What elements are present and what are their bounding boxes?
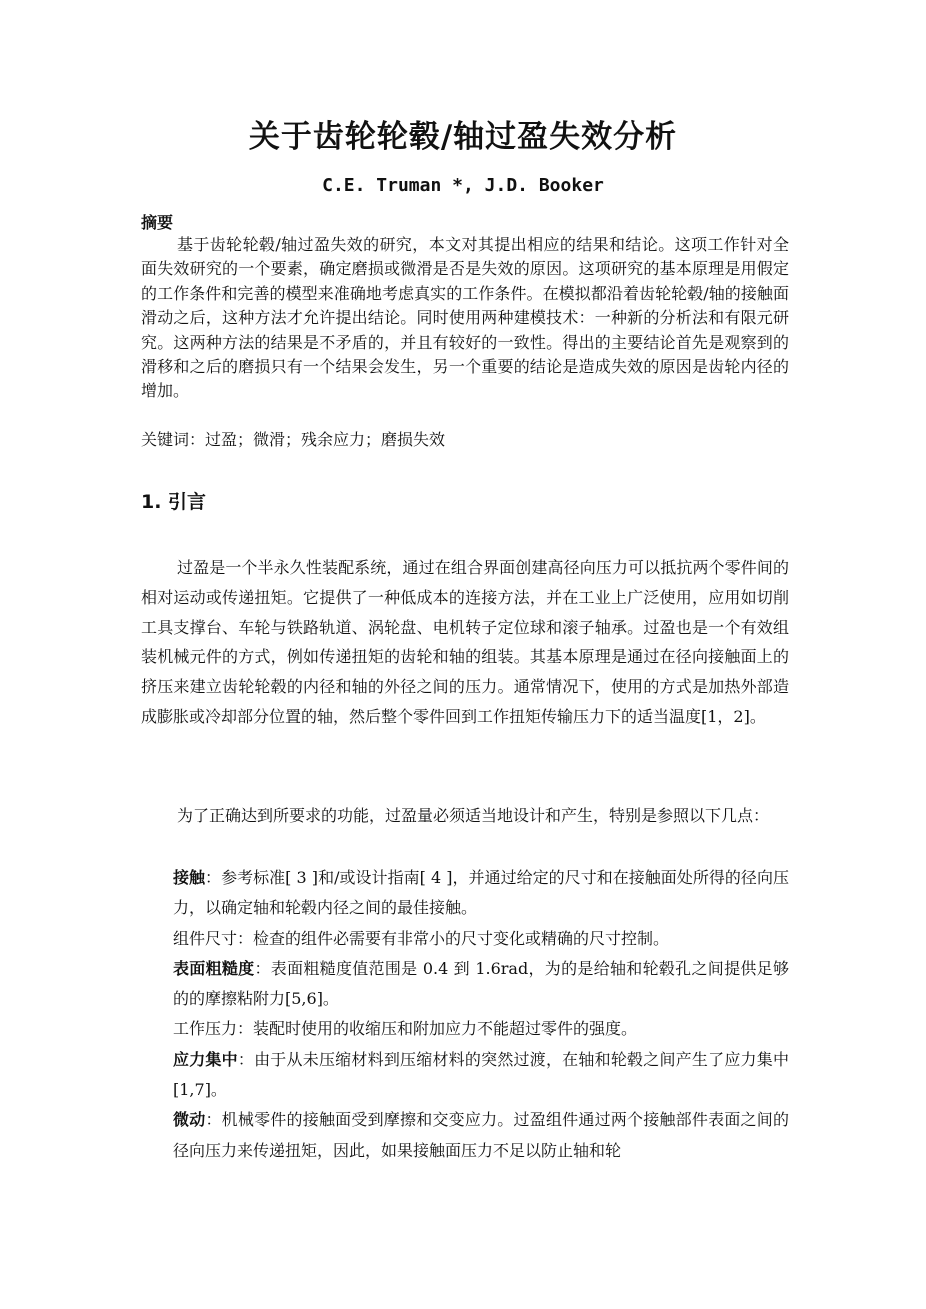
abstract-heading: 摘要 [141,212,173,234]
list-item-term: 微动 [173,1110,205,1129]
list-item-text: 机械零件的接触面受到摩擦和交变应力。过盈组件通过两个接触部件表面之间的径向压力来… [173,1110,789,1159]
keywords-line: 关键词：过盈；微滑；残余应力；磨损失效 [141,429,445,451]
list-item: 接触：参考标准[ 3 ]和/或设计指南[ 4 ]，并通过给定的尺寸和在接触面处所… [173,863,789,924]
list-item: 微动：机械零件的接触面受到摩擦和交变应力。过盈组件通过两个接触部件表面之间的径向… [173,1105,789,1166]
list-item-separator: ： [237,929,253,948]
list-item-text: 装配时使用的收缩压和附加应力不能超过零件的强度。 [253,1019,637,1038]
list-item-term: 工作压力 [173,1019,237,1038]
list-item-term: 表面粗糙度 [173,959,254,978]
list-item-separator: ： [238,1050,254,1069]
intro-paragraph: 为了正确达到所要求的功能，过盈量必须适当地设计和产生，特别是参照以下几点： [141,801,789,831]
list-item-separator: ： [205,1110,221,1129]
section-heading-introduction: 1. 引言 [141,489,206,515]
abstract-text: 基于齿轮轮毂/轴过盈失效的研究，本文对其提出相应的结果和结论。这项工作针对全面失… [141,233,789,404]
keywords-text: 过盈；微滑；残余应力；磨损失效 [205,430,445,449]
list-item: 工作压力：装配时使用的收缩压和附加应力不能超过零件的强度。 [173,1014,789,1044]
list-item-term: 组件尺寸 [173,929,237,948]
list-item: 表面粗糙度：表面粗糙度值范围是 0.4 到 1.6rad，为的是给轴和轮毂孔之间… [173,954,789,1015]
list-item-text: 由于从未压缩材料到压缩材料的突然过渡，在轴和轮毂之间产生了应力集中[1,7]。 [173,1050,789,1099]
list-item-term: 接触 [173,868,205,887]
intro-paragraph: 过盈是一个半永久性装配系统，通过在组合界面创建高径向压力可以抵抗两个零件间的相对… [141,553,789,732]
keywords-label: 关键词： [141,430,205,449]
list-item: 组件尺寸：检查的组件必需要有非常小的尺寸变化或精确的尺寸控制。 [173,924,789,954]
document-page: 关于齿轮轮毂/轴过盈失效分析 C.E. Truman *, J.D. Booke… [0,0,926,1309]
paper-title: 关于齿轮轮毂/轴过盈失效分析 [0,117,926,157]
list-item-term: 应力集中 [173,1050,238,1069]
list-item-separator: ： [205,868,221,887]
paper-authors: C.E. Truman *, J.D. Booker [0,174,926,198]
list-item-separator: ： [254,959,270,978]
list-item-separator: ： [237,1019,253,1038]
list-item: 应力集中：由于从未压缩材料到压缩材料的突然过渡，在轴和轮毂之间产生了应力集中[1… [173,1045,789,1106]
requirements-list: 接触：参考标准[ 3 ]和/或设计指南[ 4 ]，并通过给定的尺寸和在接触面处所… [173,863,789,1166]
list-item-text: 参考标准[ 3 ]和/或设计指南[ 4 ]，并通过给定的尺寸和在接触面处所得的径… [173,868,789,917]
list-item-text: 检查的组件必需要有非常小的尺寸变化或精确的尺寸控制。 [253,929,669,948]
